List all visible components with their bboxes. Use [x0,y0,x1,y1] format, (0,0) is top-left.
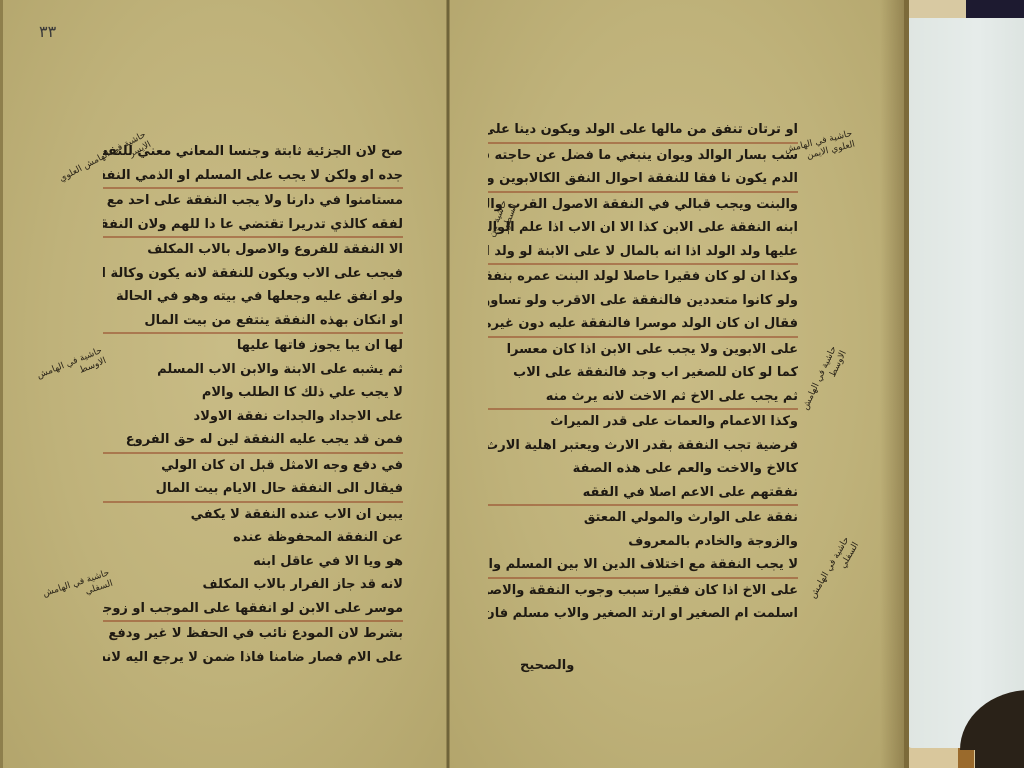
text-line: وكذا الاعمام والعمات على قدر الميراث [488,408,798,434]
blank-insert-sheet [908,18,1024,748]
text-line: كما لو كان للصغير اب وجد فالنفقة على الا… [488,361,798,385]
text-line: وكذا ان لو كان فقيرا حاصلا لولد البنت عم… [488,263,798,289]
text-line: الا النفقة للفروع والاصول بالاب المكلف [103,236,403,262]
text-line: ثم يشبه على الابنة والابن الاب المسلم [103,358,403,382]
text-line: يبين ان الاب عنده النفقة لا يكفي [103,501,403,527]
text-line: عليها ولد الولد اذا انه بالمال لا على ال… [488,240,798,264]
text-line: ولو انفق عليه وجعلها في بيته وهو في الحا… [103,285,403,309]
text-line: ولو كانوا متعددين فالنفقة على الاقرب ولو… [488,289,798,313]
open-manuscript: ٣٣ صح لان الجزئية ثابتة وجنسا المعاني مع… [0,0,912,768]
text-line: فرضية تجب النفقة بقدر الارث ويعتبر اهلية… [488,434,798,458]
text-line: كالاخ والاخت والعم على هذه الصفة [488,457,798,481]
left-margin-note-middle: حاشية في الهامش الاوسط [26,346,108,396]
folio-number: ٣٣ [39,22,56,41]
text-line: ابنه النفقة على الابن كذا الا ان الاب اذ… [488,216,798,240]
text-line: هو ويا الا في عاقل ابنه [103,550,403,574]
text-line: ثم يجب على الاخ ثم الاخت لانه يرث منه [488,385,798,409]
text-line: على الاجداد والجدات نفقة الاولاد [103,405,403,429]
text-line: او انكان بهذه النفقة ينتفع من بيت المال [103,309,403,333]
text-line: على الاخ اذا كان فقيرا سبب وجوب النفقة و… [488,577,798,603]
text-line: فيقال الى النفقة حال الايام بيت المال [103,477,403,501]
text-line: فمن قد يجب عليه النفقة لين له حق الفروع [103,428,403,452]
text-line: لها ان يبا يجوز فاتها عليها [103,332,403,358]
text-line: الدم يكون نا فقا للنفقة احوال النفق الكا… [488,167,798,191]
text-line: بشرط لان المودع نائب في الحفظ لا غير ودف… [103,620,403,646]
left-page: ٣٣ صح لان الجزئية ثابتة وجنسا المعاني مع… [0,0,449,768]
text-line: والبنت ويجب قبالي في النفقة الاصول القرب… [488,191,798,217]
text-line: جده او ولكن لا يجب على المسلم او الذمي ا… [103,164,403,188]
right-page-main-text: او ترتان تنفق من مالها على الولد ويكون د… [488,118,798,626]
text-line: فقال ان كان الولد موسرا فالنفقة عليه دون… [488,312,798,336]
text-line: عن النفقة المحفوظة عنده [103,526,403,550]
text-line: اسلمت ام الصغير او ارتد الصغير والاب مسل… [488,602,798,626]
left-page-main-text: صح لان الجزئية ثابتة وجنسا المعاني معني … [103,140,403,669]
text-line: لانه قد جاز الفرار بالاب المكلف [103,573,403,597]
left-margin-note-bottom: حاشية في الهامش السفلي [32,568,115,614]
text-line: نفقة على الوارث والمولي المعتق [488,504,798,530]
text-line: مستامنوا في دارنا ولا يجب النفقة على احد… [103,187,403,213]
text-line: على الام فصار ضامنا فاذا ضمن لا يرجع الي… [103,646,403,670]
text-line: لفقه كالذي تدريرا تقتضي عا دا للهم ولان … [103,213,403,237]
text-line: موسر على الابن لو انفقها على الموجب او ز… [103,597,403,621]
page-edge-shadow [880,0,904,768]
catchword: والصحيح [520,658,574,673]
text-line: نفقتهم على الاعم اصلا في الفقه [488,481,798,505]
text-line: سب بسار الوالد ويوان ينبغي ما فضل عن حاج… [488,142,798,168]
text-line: فيجب على الاب ويكون للنفقة لانه يكون وكا… [103,262,403,286]
text-line: او ترتان تنفق من مالها على الولد ويكون د… [488,118,798,142]
text-line: لا يجب علي ذلك كا الطلب والام [103,381,403,405]
text-line: لا يجب النفقة مع اختلاف الدين الا بين ال… [488,553,798,577]
book-gutter [446,0,450,768]
text-line: في دفع وجه الامثل قبل ان كان الولي [103,452,403,478]
text-line: على الابوين ولا يجب على الابن اذا كان مع… [488,336,798,362]
text-line: والزوجة والخادم بالمعروف [488,530,798,554]
